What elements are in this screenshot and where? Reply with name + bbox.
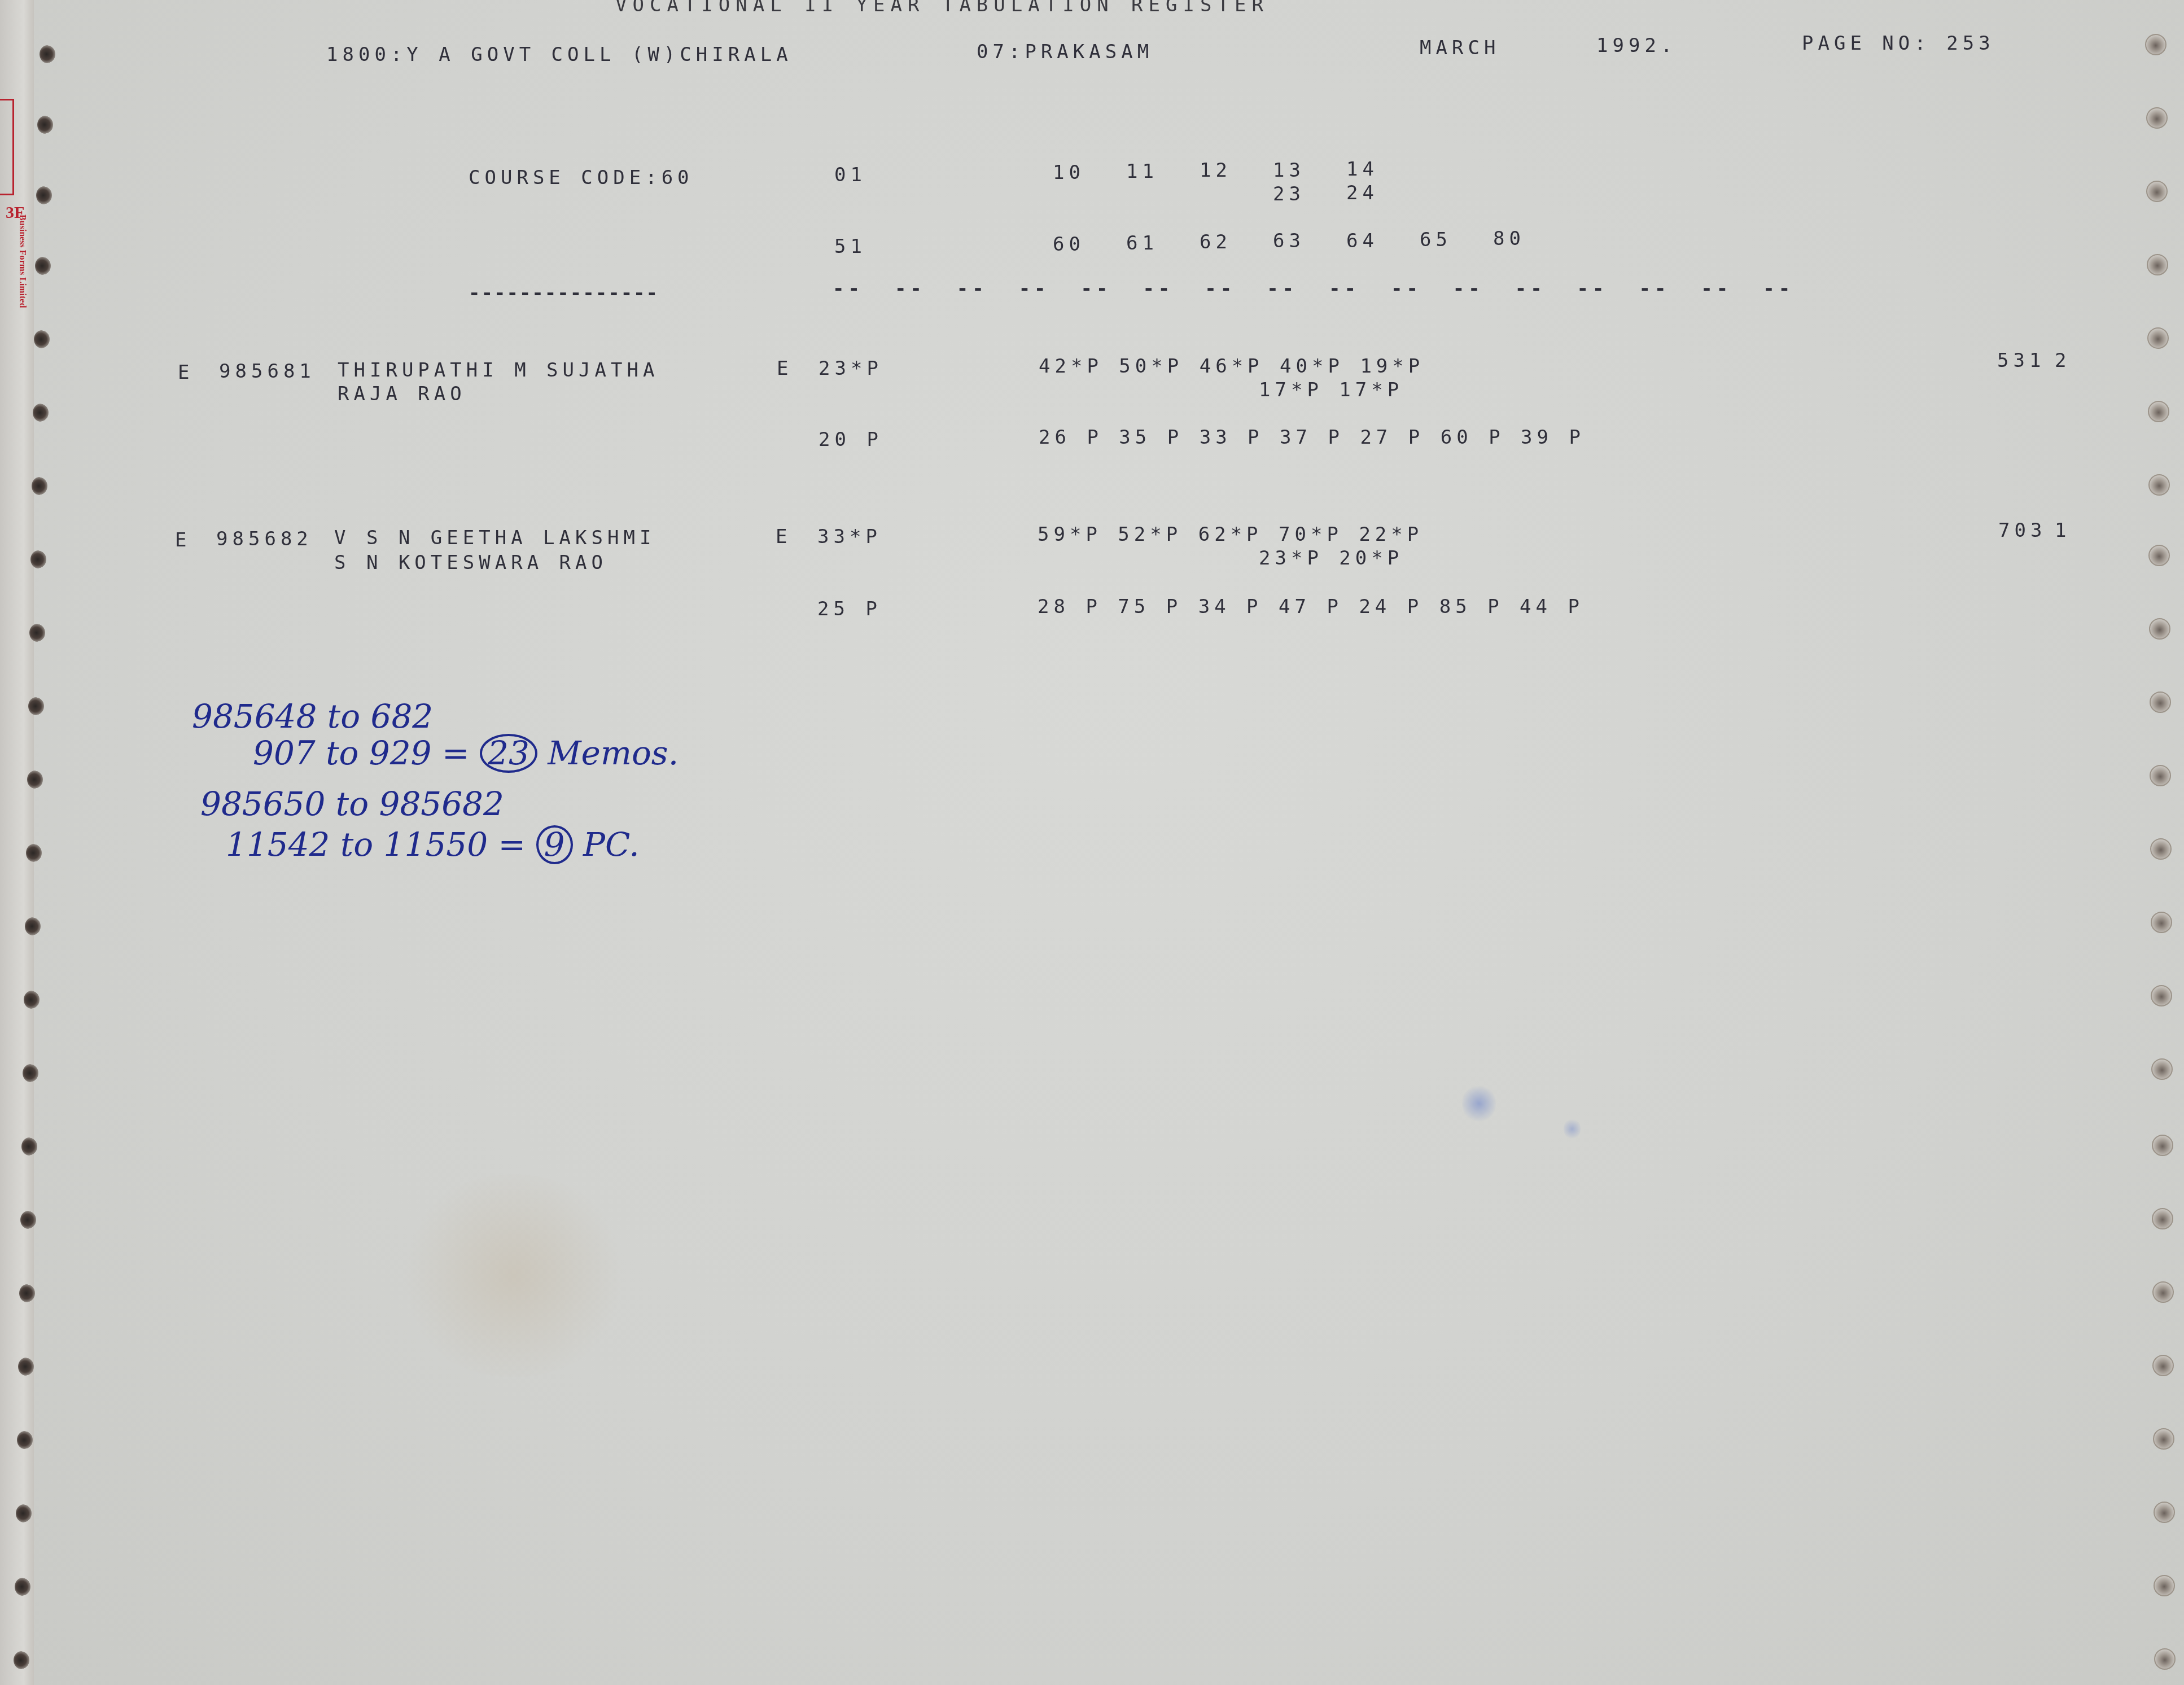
parent-name: S N KOTESWARA RAO [334,553,607,572]
note-pc-range: 11542 to 11550 = [226,825,536,864]
subject-code-10: 10 [1053,163,1085,182]
marks-row1: 59*P 52*P 62*P 70*P 22*P [1038,525,1423,544]
record-prefix: E [178,363,194,382]
marks-01: 33*P [817,527,882,546]
district-name: 07:PRAKASAM [977,42,1153,62]
stub-frame [0,99,14,195]
exam-month: MARCH [1420,38,1500,58]
marks-51: 25 P [817,599,882,619]
medium: E [776,527,791,546]
subject-code-24: 24 [1346,183,1378,203]
circled-count-pc: 9 [536,825,573,864]
note-memos: 907 to 929 = 23 Memos. [253,734,679,773]
register-title: VOCATIONAL II YEAR TABULATION REGISTER [615,0,1269,15]
ink-speck [1564,1118,1581,1140]
division: 1 [2055,521,2071,540]
subject-code-12: 12 [1200,161,1232,180]
circled-count-memos: 23 [480,734,537,773]
subject-code-11: 11 [1126,162,1158,181]
subject-code-80: 80 [1493,229,1525,248]
total-marks: 703 [1998,521,2046,540]
subject-code-14: 14 [1346,160,1378,179]
parent-name: RAJA RAO [338,384,466,404]
college-name: 1800:Y A GOVT COLL (W)CHIRALA [326,45,793,64]
note-memos-range: 907 to 929 = [253,734,480,772]
note-range-2: 985650 to 985682 [200,787,504,820]
note-memos-label: Memos. [537,734,679,772]
medium: E [777,359,793,378]
subject-code-60: 60 [1053,235,1085,254]
subject-code-01: 01 [834,165,866,185]
separator-line: --------------- [469,283,659,303]
record-prefix: E [175,531,191,550]
student-name: V S N GEETHA LAKSHMI [334,528,655,548]
exam-year: 1992. [1596,36,1677,55]
marks-row1-sub: 23*P 20*P [1259,549,1403,568]
separator-groups: -- -- -- -- -- -- -- -- -- -- -- -- -- -… [833,279,1794,298]
student-name: THIRUPATHI M SUJATHA [338,361,659,380]
subject-code-61: 61 [1126,234,1158,253]
marks-row2: 28 P 75 P 34 P 47 P 24 P 85 P 44 P [1038,597,1584,616]
hall-ticket-number: 985681 [219,362,316,381]
subject-code-51: 51 [834,237,866,256]
subject-code-64: 64 [1346,231,1378,251]
note-pc: 11542 to 11550 = 9 PC. [226,825,640,864]
note-range-1: 985648 to 682 [192,700,433,733]
subject-code-62: 62 [1200,233,1232,252]
water-stain [395,1174,632,1377]
total-marks: 531 [1997,351,2045,370]
note-pc-label: PC. [573,825,640,864]
brand-name: Business Forms Limited [5,215,27,384]
marks-51: 20 P [819,430,883,449]
course-code: COURSE CODE:60 [469,168,694,187]
subject-code-63: 63 [1273,231,1305,251]
marks-row2: 26 P 35 P 33 P 37 P 27 P 60 P 39 P [1039,428,1585,447]
ink-speck [1462,1084,1496,1123]
subject-code-13: 13 [1273,161,1305,180]
subject-code-23: 23 [1273,185,1305,204]
hall-ticket-number: 985682 [216,529,313,549]
marks-01: 23*P [819,359,883,378]
page-number: PAGE NO: 253 [1802,34,1995,53]
marks-row1: 42*P 50*P 46*P 40*P 19*P [1039,357,1424,376]
division: 2 [2055,351,2071,370]
marks-row1-sub: 17*P 17*P [1259,380,1403,400]
subject-code-65: 65 [1420,230,1452,250]
